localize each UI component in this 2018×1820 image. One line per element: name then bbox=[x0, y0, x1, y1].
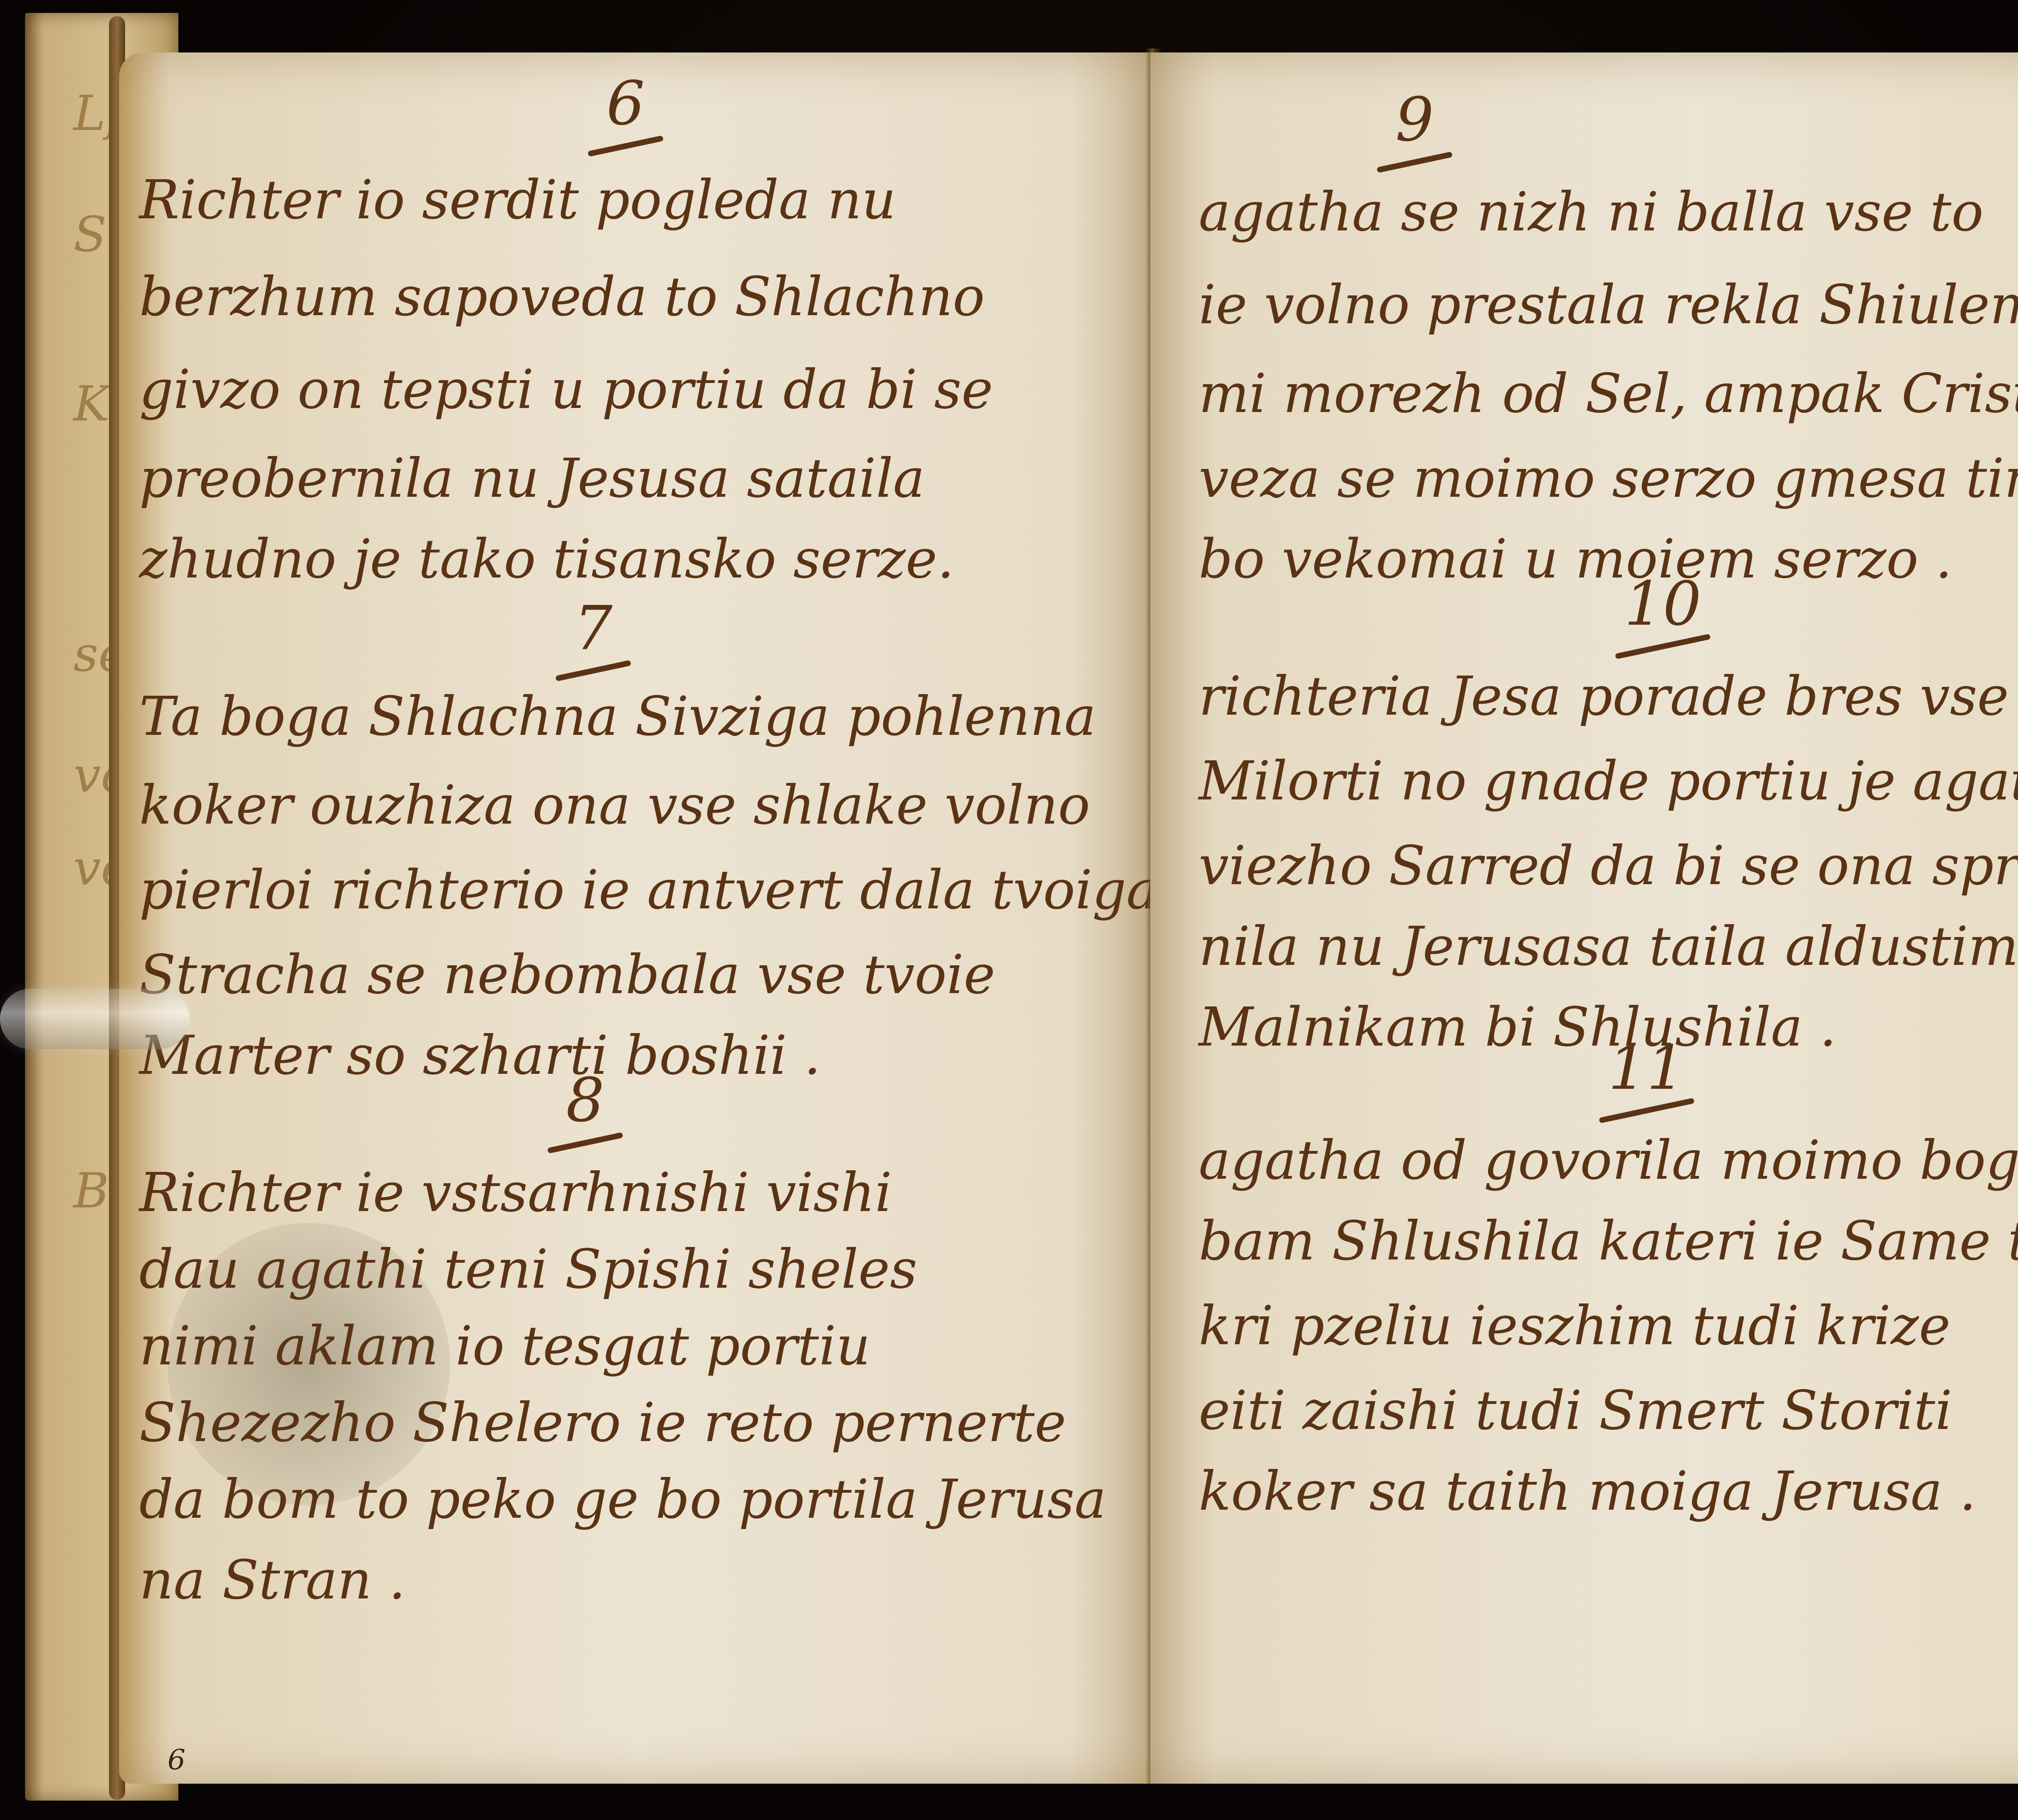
right-page: 9 agatha se nizh ni balla vse to ie voln… bbox=[1150, 52, 2018, 1784]
manuscript-line: givzo on tepsti u portiu da bi se bbox=[139, 363, 993, 416]
manuscript-line: bam Shlushila kateri ie Same to bbox=[1199, 1215, 2018, 1268]
manuscript-line: preobernila nu Jesusa sataila bbox=[139, 452, 925, 505]
manuscript-line: Richter io serdit pogleda nu bbox=[139, 174, 896, 227]
manuscript-line: Marter so szharti boshii . bbox=[139, 1029, 821, 1082]
manuscript-line: pierloi richterio ie antvert dala tvoiga bbox=[139, 864, 1158, 917]
stanza-number: 8 bbox=[555, 1065, 615, 1136]
manuscript-line: nimi aklam io tesgat portiu bbox=[139, 1320, 870, 1373]
manuscript-line: ie volno prestala rekla Shiulem bbox=[1199, 278, 2018, 332]
stanza-number: 11 bbox=[1606, 1033, 1687, 1103]
stanza-number: 7 bbox=[563, 593, 624, 663]
left-page: 6 Richter io serdit pogleda nu berzhum s… bbox=[119, 52, 1150, 1784]
manuscript-line: Milorti no gnade portiu je agatho bbox=[1199, 755, 2018, 808]
manuscript-line: Ta boga Shlachna Sivziga pohlenna bbox=[139, 690, 1096, 743]
manuscript-line: na Stran . bbox=[139, 1554, 406, 1607]
manuscript-line: richteria Jesa porade bres vse bbox=[1199, 670, 2009, 723]
manuscript-line: mi morezh od Sel, ampak Cristosovo bbox=[1199, 367, 2018, 420]
corner-mark: 6 bbox=[167, 1743, 186, 1776]
glass-page-weight-left bbox=[0, 989, 190, 1049]
manuscript-line: da bom to peko ge bo portila Jerusa bbox=[139, 1473, 1106, 1526]
manuscript-line: koker ouzhiza ona vse shlake volno bbox=[139, 779, 1090, 832]
manuscript-line: veza se moimo serzo gmesa tirto bbox=[1199, 452, 2018, 505]
manuscript-line: zhudno je tako tisansko serze. bbox=[139, 533, 954, 586]
manuscript-line: dau agathi teni Spishi sheles bbox=[139, 1243, 917, 1296]
manuscript-line: viezho Sarred da bi se ona spreober bbox=[1199, 839, 2018, 893]
manuscript-line: nila nu Jerusasa taila aldustim bbox=[1199, 920, 2018, 973]
manuscript-line: kri pzeliu ieszhim tudi krize bbox=[1199, 1299, 1951, 1353]
manuscript-line: Richter ie vstsarhnishi vishi bbox=[139, 1166, 892, 1220]
stanza-number: 6 bbox=[595, 69, 656, 139]
stanza-number: 10 bbox=[1622, 569, 1703, 639]
manuscript-line: Malnikam bi Shlushila . bbox=[1199, 1001, 1836, 1054]
manuscript-line: Shezezho Shelero ie reto pernerte bbox=[139, 1396, 1066, 1450]
manuscript-line: koker sa taith moiga Jerusa . bbox=[1199, 1465, 1976, 1518]
manuscript-line: agatha od govorila moimo bogo bbox=[1199, 1134, 2018, 1187]
manuscript-line: eiti zaishi tudi Smert Storiti bbox=[1199, 1384, 1952, 1437]
manuscript-line: Stracha se nebombala vse tvoie bbox=[139, 948, 995, 1002]
manuscript-line: agatha se nizh ni balla vse to bbox=[1199, 186, 1984, 239]
manuscript-line: bo vekomai u moiem serzo . bbox=[1199, 533, 1952, 586]
stanza-number: 9 bbox=[1384, 85, 1445, 155]
manuscript-line: berzhum sapoveda to Shlachno bbox=[139, 270, 985, 324]
